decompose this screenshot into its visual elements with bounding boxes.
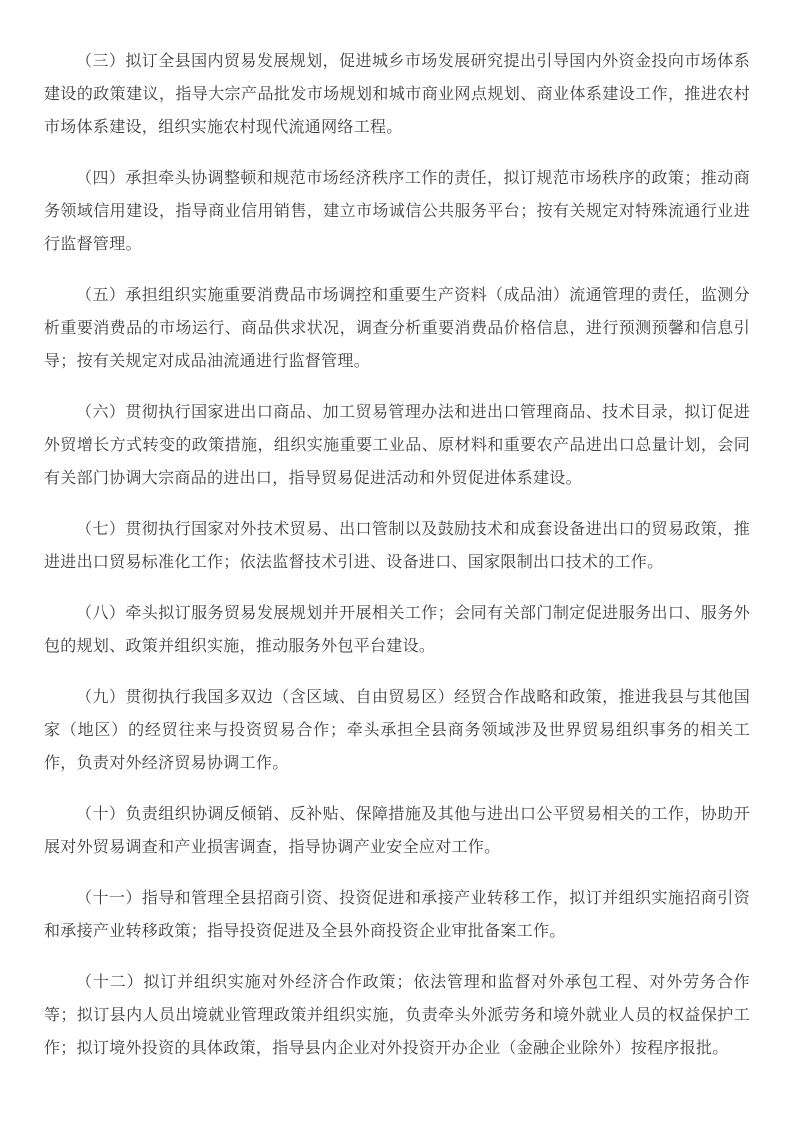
paragraph-item-10: （十）负责组织协调反倾销、反补贴、保障措施及其他与进出口公平贸易相关的工作，协助… (44, 798, 750, 864)
paragraph-item-7: （七）贯彻执行国家对外技术贸易、出口管制以及鼓励技术和成套设备进出口的贸易政策，… (44, 513, 750, 579)
paragraph-item-6: （六）贯彻执行国家进出口商品、加工贸易管理办法和进出口管理商品、技术目录，拟订促… (44, 396, 750, 495)
paragraph-item-9: （九）贯彻执行我国多双边（含区域、自由贸易区）经贸合作战略和政策，推进我县与其他… (44, 681, 750, 780)
paragraph-item-3: （三）拟订全县国内贸易发展规划，促进城乡市场发展研究提出引导国内外资金投向市场体… (44, 45, 750, 144)
paragraph-item-12: （十二）拟订并组织实施对外经济合作政策；依法管理和监督对外承包工程、对外劳务合作… (44, 966, 750, 1065)
paragraph-item-5: （五）承担组织实施重要消费品市场调控和重要生产资料（成品油）流通管理的责任，监测… (44, 279, 750, 378)
paragraph-item-11: （十一）指导和管理全县招商引资、投资促进和承接产业转移工作，拟订并组织实施招商引… (44, 882, 750, 948)
document-page: （三）拟订全县国内贸易发展规划，促进城乡市场发展研究提出引导国内外资金投向市场体… (0, 0, 793, 1122)
document-body: （三）拟订全县国内贸易发展规划，促进城乡市场发展研究提出引导国内外资金投向市场体… (44, 45, 750, 1065)
paragraph-item-8: （八）牵头拟订服务贸易发展规划并开展相关工作；会同有关部门制定促进服务出口、服务… (44, 597, 750, 663)
paragraph-item-4: （四）承担牵头协调整顿和规范市场经济秩序工作的责任，拟订规范市场秩序的政策；推动… (44, 162, 750, 261)
